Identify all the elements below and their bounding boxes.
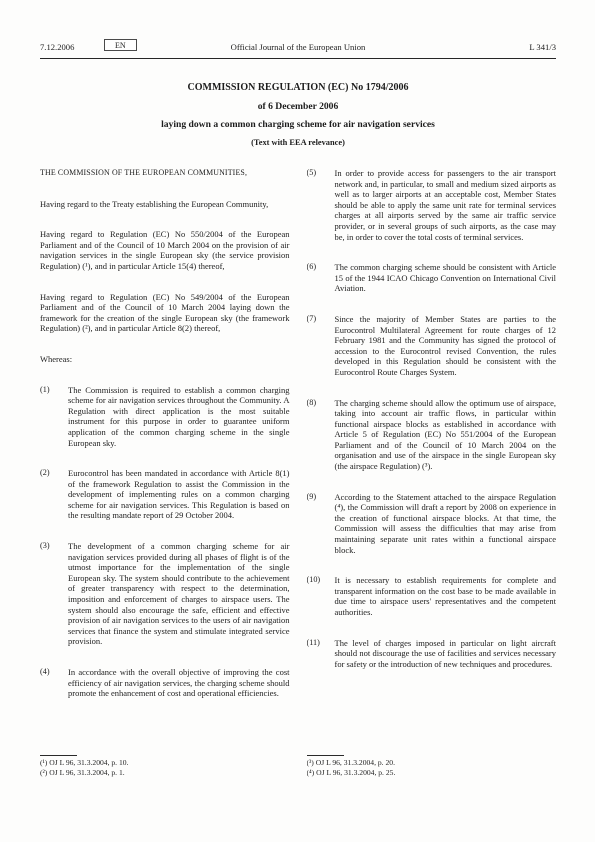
preamble-opening: THE COMMISSION OF THE EUROPEAN COMMUNITI… <box>40 168 290 179</box>
recital-6: (6) The common charging scheme should be… <box>307 262 557 294</box>
regulation-subject: laying down a common charging scheme for… <box>40 119 556 130</box>
recital-10: (10) It is necessary to establish requir… <box>307 575 557 617</box>
recital-number: (3) <box>40 541 68 647</box>
recital-number: (7) <box>307 314 335 378</box>
page-reference: L 341/3 <box>529 42 556 52</box>
recital-2: (2) Eurocontrol has been mandated in acc… <box>40 468 290 521</box>
document-page: 7.12.2006 EN Official Journal of the Eur… <box>0 0 595 842</box>
recital-number: (11) <box>307 638 335 670</box>
header-rule <box>40 58 556 59</box>
citation-regulation-549: Having regard to Regulation (EC) No 549/… <box>40 292 290 334</box>
recital-8: (8) The charging scheme should allow the… <box>307 398 557 472</box>
footnote-1: (¹) OJ L 96, 31.3.2004, p. 10. <box>40 758 290 768</box>
citation-treaty: Having regard to the Treaty establishing… <box>40 199 290 210</box>
recital-number: (10) <box>307 575 335 617</box>
recital-number: (8) <box>307 398 335 472</box>
recital-number: (2) <box>40 468 68 521</box>
recital-3: (3) The development of a common charging… <box>40 541 290 647</box>
recital-text: The Commission is required to establish … <box>68 385 290 449</box>
recital-1: (1) The Commission is required to establ… <box>40 385 290 449</box>
footnote-2: (²) OJ L 96, 31.3.2004, p. 1. <box>40 768 290 778</box>
right-column: (5) In order to provide access for passe… <box>307 168 557 800</box>
recital-text: Since the majority of Member States are … <box>335 314 557 378</box>
recital-4: (4) In accordance with the overall objec… <box>40 667 290 699</box>
regulation-date: of 6 December 2006 <box>40 101 556 112</box>
eea-relevance-note: (Text with EEA relevance) <box>40 138 556 147</box>
recital-text: The development of a common charging sch… <box>68 541 290 647</box>
recital-number: (6) <box>307 262 335 294</box>
body-columns: THE COMMISSION OF THE EUROPEAN COMMUNITI… <box>40 168 556 800</box>
left-column: THE COMMISSION OF THE EUROPEAN COMMUNITI… <box>40 168 290 800</box>
journal-title: Official Journal of the European Union <box>40 42 556 52</box>
recital-text: In accordance with the overall objective… <box>68 667 290 699</box>
left-footnotes: (¹) OJ L 96, 31.3.2004, p. 10. (²) OJ L … <box>40 755 290 800</box>
recital-7: (7) Since the majority of Member States … <box>307 314 557 378</box>
title-block: COMMISSION REGULATION (EC) No 1794/2006 … <box>40 82 556 147</box>
recital-text: According to the Statement attached to t… <box>335 492 557 556</box>
recital-text: Eurocontrol has been mandated in accorda… <box>68 468 290 521</box>
footnote-rule <box>40 755 77 756</box>
whereas-label: Whereas: <box>40 354 290 365</box>
recital-11: (11) The level of charges imposed in par… <box>307 638 557 670</box>
recital-number: (4) <box>40 667 68 699</box>
recital-number: (1) <box>40 385 68 449</box>
recital-text: The level of charges imposed in particul… <box>335 638 557 670</box>
page-header: 7.12.2006 EN Official Journal of the Eur… <box>40 40 556 55</box>
recital-text: In order to provide access for passenger… <box>335 168 557 242</box>
citation-regulation-550: Having regard to Regulation (EC) No 550/… <box>40 229 290 271</box>
recital-text: The charging scheme should allow the opt… <box>335 398 557 472</box>
recital-text: The common charging scheme should be con… <box>335 262 557 294</box>
footnote-rule <box>307 755 344 756</box>
right-footnotes: (³) OJ L 96, 31.3.2004, p. 20. (⁴) OJ L … <box>307 755 557 800</box>
recital-number: (5) <box>307 168 335 242</box>
footnote-4: (⁴) OJ L 96, 31.3.2004, p. 25. <box>307 768 557 778</box>
recital-9: (9) According to the Statement attached … <box>307 492 557 556</box>
recital-5: (5) In order to provide access for passe… <box>307 168 557 242</box>
footnote-3: (³) OJ L 96, 31.3.2004, p. 20. <box>307 758 557 768</box>
regulation-title: COMMISSION REGULATION (EC) No 1794/2006 <box>40 82 556 93</box>
recital-number: (9) <box>307 492 335 556</box>
recital-text: It is necessary to establish requirement… <box>335 575 557 617</box>
